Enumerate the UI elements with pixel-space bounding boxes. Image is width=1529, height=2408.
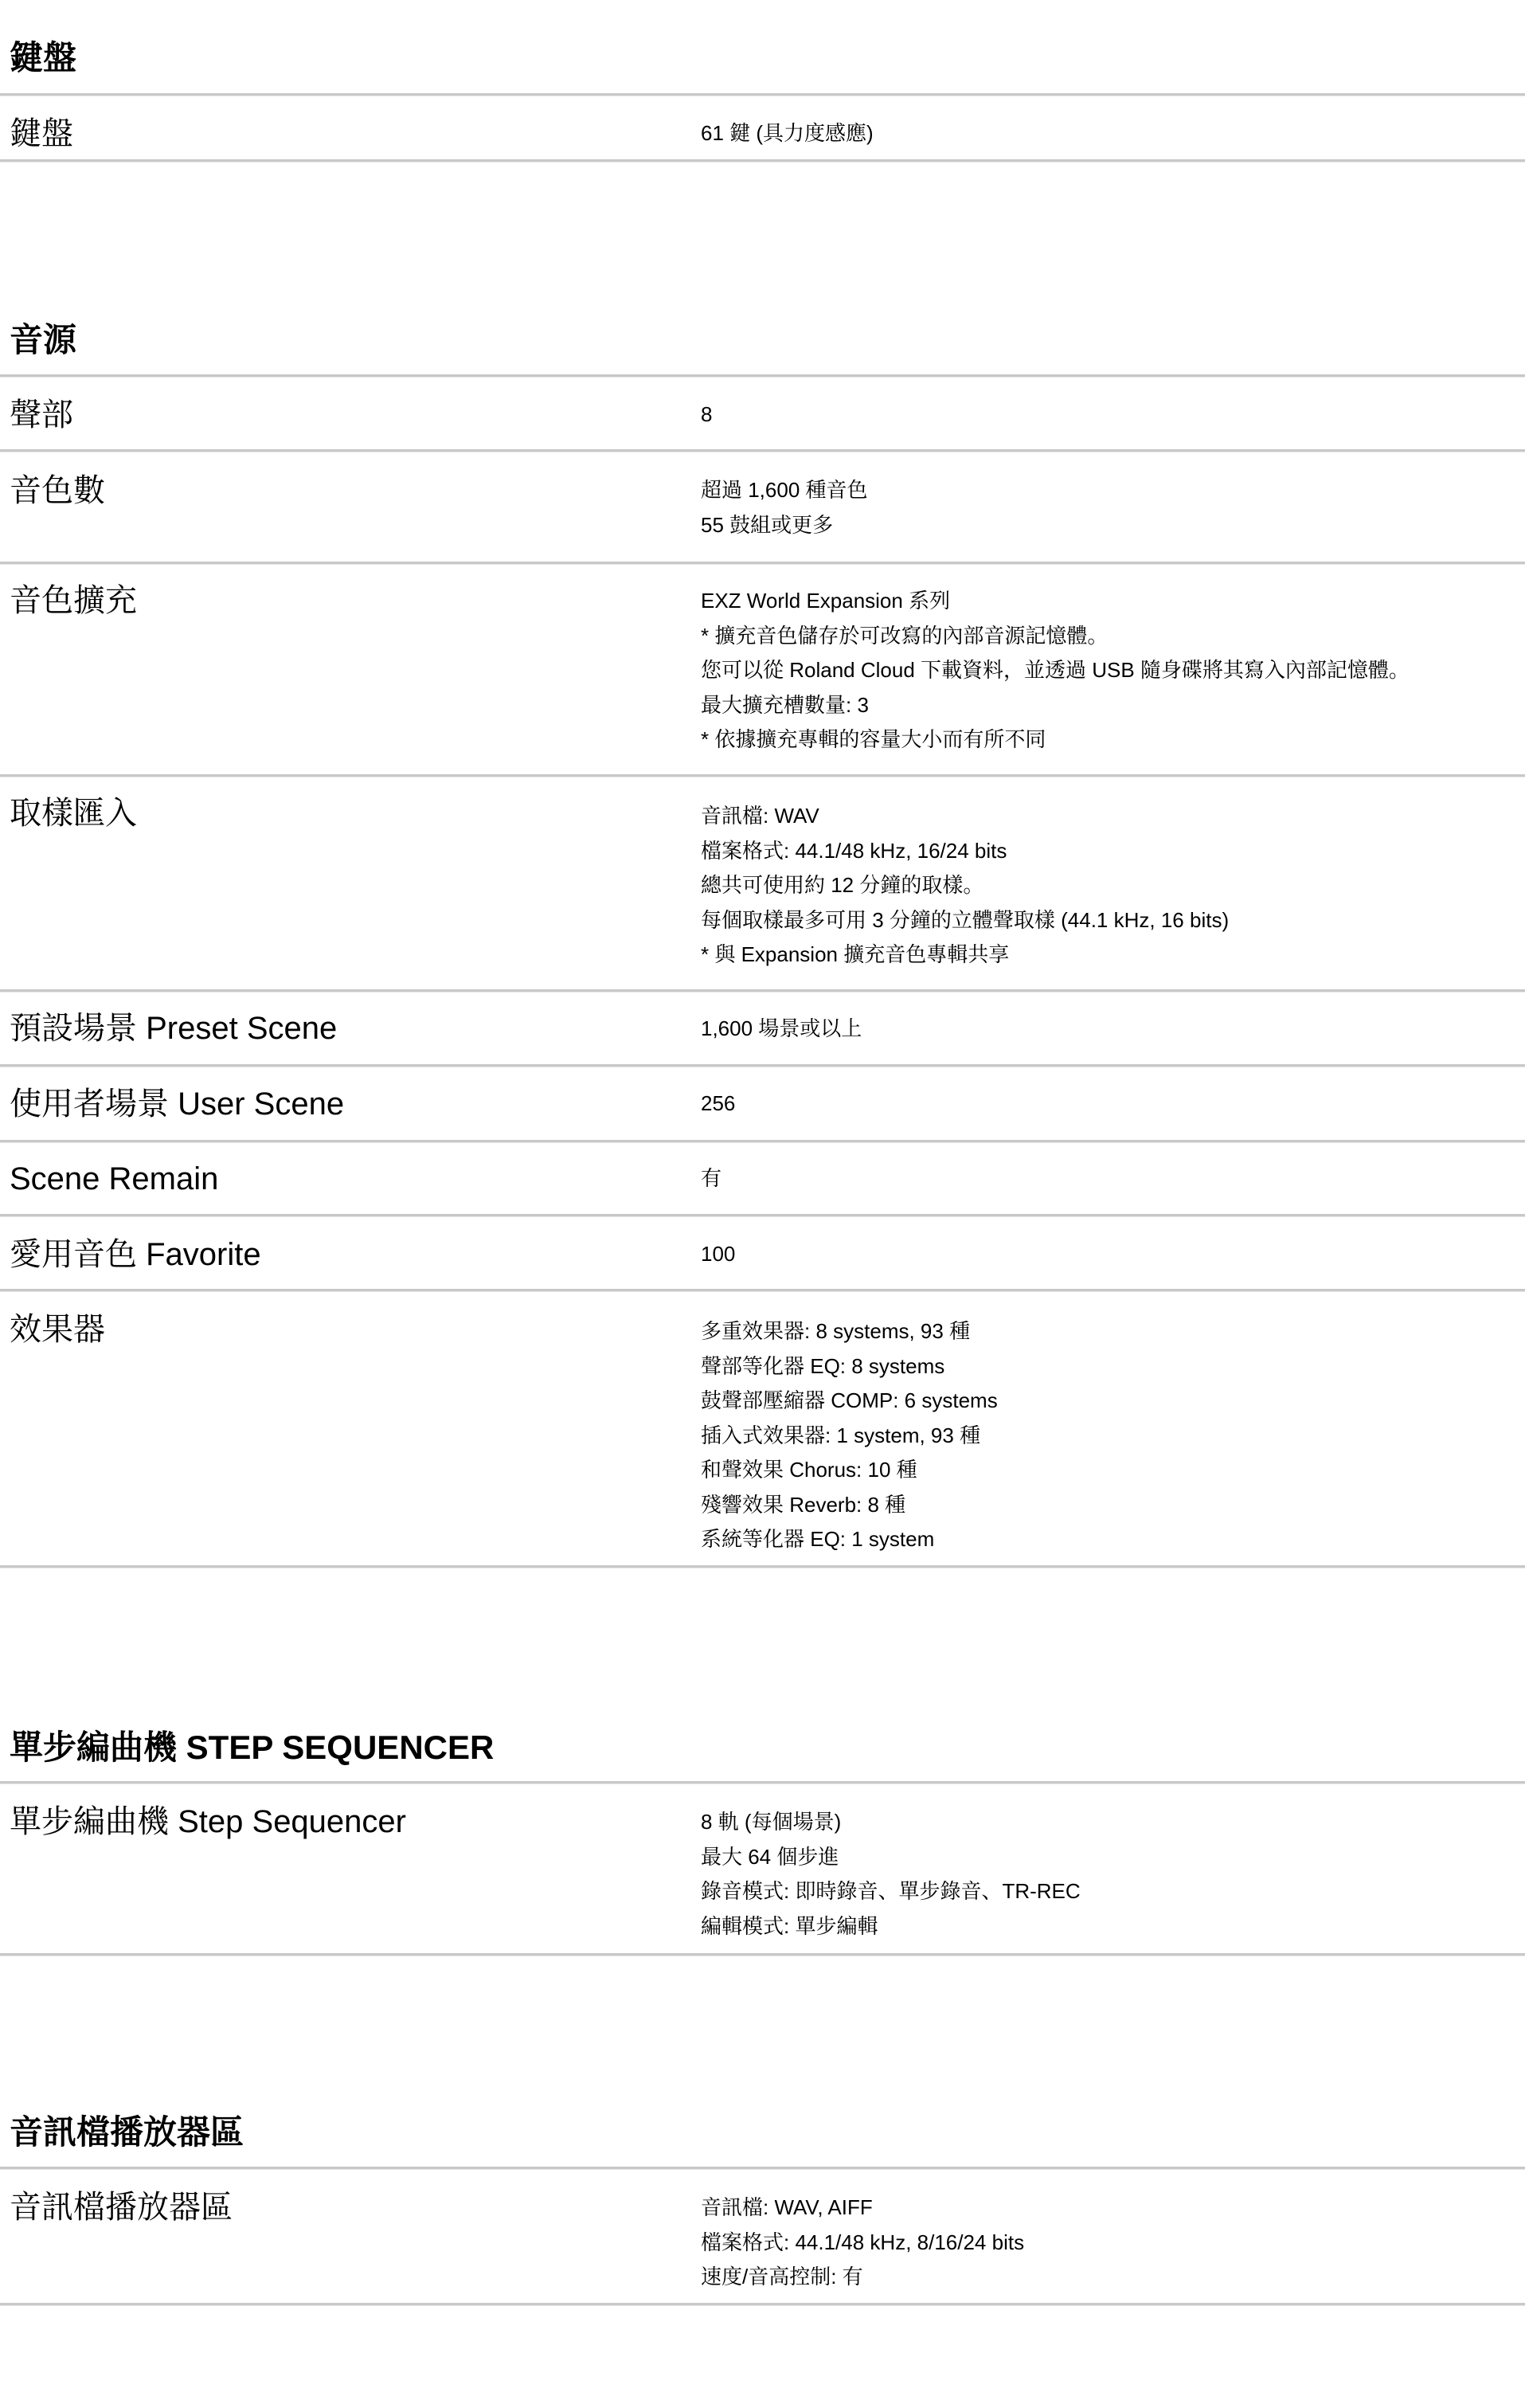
section-heading-keyboard: 鍵盤 <box>10 39 76 77</box>
spec-value-line: EXZ World Expansion 系列 <box>701 584 1410 619</box>
spec-value-line: 速度/音高控制: 有 <box>701 2260 1024 2295</box>
spec-value-line: 您可以從 Roland Cloud 下載資料，並透過 USB 隨身碟將其寫入內部… <box>701 653 1410 688</box>
divider <box>0 1289 1525 1292</box>
divider <box>0 1953 1525 1956</box>
divider <box>0 1140 1525 1143</box>
spec-label-step-sequencer: 單步編曲機 Step Sequencer <box>10 1803 406 1841</box>
spec-value-line: 編輯模式: 單步編輯 <box>701 1909 1081 1944</box>
spec-value-line: * 依據擴充專輯的容量大小而有所不同 <box>701 722 1410 758</box>
spec-label-effects: 效果器 <box>10 1310 105 1349</box>
spec-value-line: 256 <box>701 1087 735 1122</box>
spec-values-expansion: EXZ World Expansion 系列 * 擴充音色儲存於可改寫的內部音源… <box>701 584 1410 758</box>
spec-values-keyboard: 61 鍵 (具力度感應) <box>701 116 874 151</box>
spec-value-line: 每個取樣最多可用 3 分鐘的立體聲取樣 (44.1 kHz, 16 bits) <box>701 903 1229 938</box>
spec-value-line: 8 <box>701 397 712 433</box>
spec-label-tones: 音色數 <box>10 472 105 510</box>
spec-value-line: 殘響效果 Reverb: 8 種 <box>701 1488 998 1523</box>
divider <box>0 989 1525 993</box>
spec-value-line: 錄音模式: 即時錄音、單步錄音、TR-REC <box>701 1874 1081 1909</box>
spec-value-line: 100 <box>701 1237 735 1272</box>
spec-value-line: 總共可使用約 12 分鐘的取樣。 <box>701 868 1229 903</box>
section-heading-audio-player: 音訊檔播放器區 <box>10 2113 244 2152</box>
spec-value-line: * 擴充音色儲存於可改寫的內部音源記憶體。 <box>701 619 1410 654</box>
divider <box>0 774 1525 777</box>
divider <box>0 449 1525 452</box>
spec-values-sample-import: 音訊檔: WAV 檔案格式: 44.1/48 kHz, 16/24 bits 總… <box>701 799 1229 973</box>
spec-values-scene-remain: 有 <box>701 1161 721 1196</box>
spec-values-parts: 8 <box>701 397 712 433</box>
divider <box>0 374 1525 378</box>
spec-value-line: 鼓聲部壓縮器 COMP: 6 systems <box>701 1384 998 1419</box>
spec-value-line: 插入式效果器: 1 system, 93 種 <box>701 1419 998 1454</box>
spec-value-line: 8 軌 (每個場景) <box>701 1805 1081 1840</box>
spec-label-preset-scene: 預設場景 Preset Scene <box>10 1009 337 1047</box>
spec-value-line: 最大 64 個步進 <box>701 1840 1081 1875</box>
section-heading-sound-engine: 音源 <box>10 321 76 359</box>
spec-value-line: 音訊檔: WAV <box>701 799 1229 834</box>
spec-label-keyboard: 鍵盤 <box>10 115 73 153</box>
spec-value-line: 55 鼓組或更多 <box>701 508 868 543</box>
spec-label-sample-import: 取樣匯入 <box>10 794 137 832</box>
divider <box>0 2303 1525 2306</box>
divider <box>0 159 1525 162</box>
spec-values-favorite: 100 <box>701 1237 735 1272</box>
spec-value-line: 音訊檔: WAV, AIFF <box>701 2191 1024 2226</box>
spec-value-line: 聲部等化器 EQ: 8 systems <box>701 1349 998 1384</box>
spec-value-line: 超過 1,600 種音色 <box>701 473 868 508</box>
spec-value-line: 檔案格式: 44.1/48 kHz, 16/24 bits <box>701 834 1229 869</box>
spec-label-favorite: 愛用音色 Favorite <box>10 1235 261 1274</box>
spec-value-line: * 與 Expansion 擴充音色專輯共享 <box>701 938 1229 973</box>
divider <box>0 2167 1525 2170</box>
divider <box>0 1781 1525 1784</box>
spec-values-audio-player: 音訊檔: WAV, AIFF 檔案格式: 44.1/48 kHz, 8/16/2… <box>701 2191 1024 2295</box>
spec-values-effects: 多重效果器: 8 systems, 93 種 聲部等化器 EQ: 8 syste… <box>701 1314 998 1557</box>
spec-value-line: 1,600 場景或以上 <box>701 1012 862 1047</box>
spec-value-line: 有 <box>701 1161 721 1196</box>
spec-label-audio-player: 音訊檔播放器區 <box>10 2188 233 2226</box>
section-heading-step-sequencer: 單步編曲機 STEP SEQUENCER <box>10 1729 494 1767</box>
divider <box>0 562 1525 565</box>
divider <box>0 1565 1525 1568</box>
spec-value-line: 61 鍵 (具力度感應) <box>701 116 874 151</box>
divider <box>0 1064 1525 1067</box>
spec-value-line: 和聲效果 Chorus: 10 種 <box>701 1453 998 1488</box>
spec-values-user-scene: 256 <box>701 1087 735 1122</box>
spec-label-scene-remain: Scene Remain <box>10 1160 218 1198</box>
spec-label-expansion: 音色擴充 <box>10 581 137 620</box>
spec-value-line: 多重效果器: 8 systems, 93 種 <box>701 1314 998 1349</box>
spec-value-line: 檔案格式: 44.1/48 kHz, 8/16/24 bits <box>701 2226 1024 2261</box>
spec-values-tones: 超過 1,600 種音色 55 鼓組或更多 <box>701 473 868 542</box>
divider <box>0 93 1525 96</box>
spec-value-line: 系統等化器 EQ: 1 system <box>701 1522 998 1557</box>
spec-value-line: 最大擴充槽數量: 3 <box>701 688 1410 723</box>
divider <box>0 1214 1525 1217</box>
spec-label-parts: 聲部 <box>10 396 73 434</box>
spec-label-user-scene: 使用者場景 User Scene <box>10 1085 344 1123</box>
spec-values-step-sequencer: 8 軌 (每個場景) 最大 64 個步進 錄音模式: 即時錄音、單步錄音、TR-… <box>701 1805 1081 1944</box>
spec-values-preset-scene: 1,600 場景或以上 <box>701 1012 862 1047</box>
